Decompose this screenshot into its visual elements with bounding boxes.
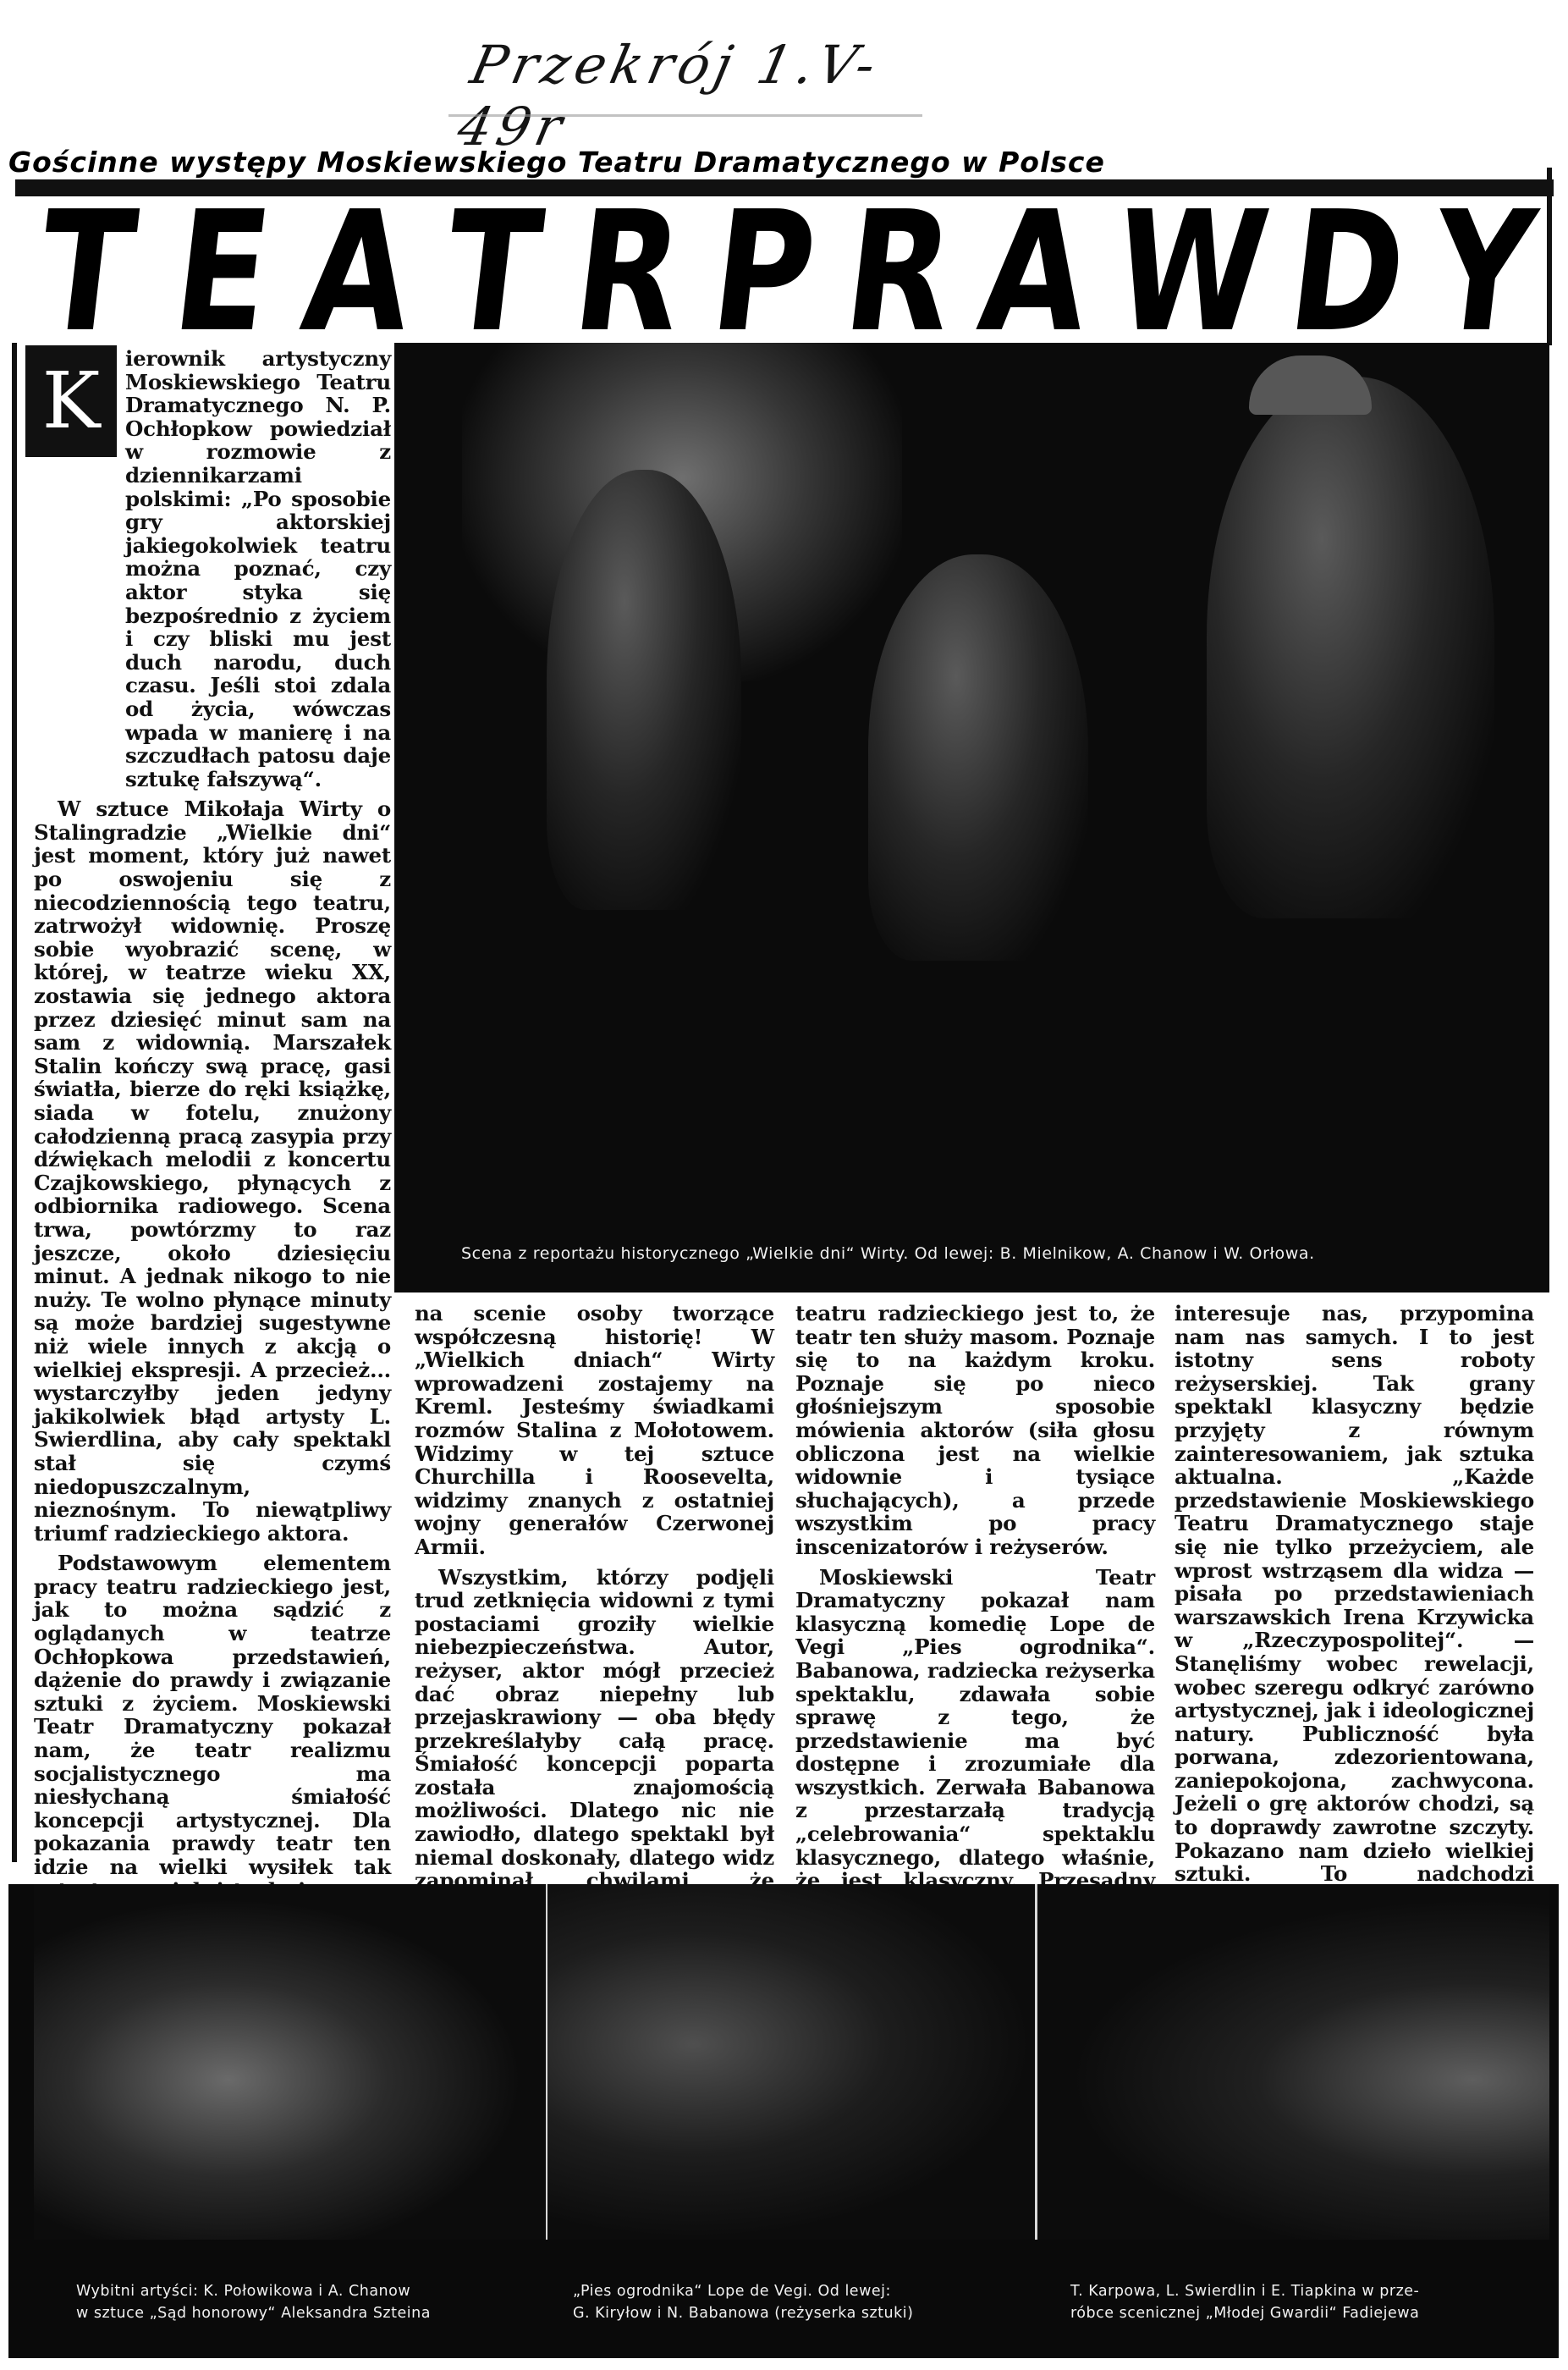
caption-line: w sztuce „Sąd honorowy“ Aleksandra Sztei…: [76, 2302, 431, 2324]
paragraph: interesuje nas, przypomina nam nas samyc…: [1175, 1302, 1534, 1979]
handwritten-source-note: Przekrój 1.V-49r: [460, 34, 952, 118]
paragraph: W sztuce Mikołaja Wirty o Stalingradzie …: [34, 797, 391, 1545]
title-letter: Y: [1417, 203, 1544, 343]
strip-caption-2: „Pies ogrodnika“ Lope de Vegi. Od lewej:…: [573, 2280, 913, 2324]
title-letter: T: [427, 203, 554, 343]
strip-caption-1: Wybitni artyści: K. Połowikowa i A. Chan…: [76, 2280, 431, 2324]
article-column-2: na scenie osoby tworzące współczesną his…: [415, 1302, 774, 1976]
paragraph: teatru radzieckiego jest to, że teatr te…: [795, 1302, 1155, 1559]
photo-strip: Wybitni artyści: K. Połowikowa i A. Chan…: [8, 1884, 1559, 2358]
caption-line: G. Kiryłow i N. Babanowa (reżyserka sztu…: [573, 2302, 913, 2324]
strip-photo-2: [547, 1884, 1034, 2240]
article-kicker: Gościnne występy Moskiewskiego Teatru Dr…: [8, 146, 1210, 179]
title-letter: D: [1282, 203, 1409, 343]
left-column-rule: [12, 343, 17, 1862]
photo-figure-right: [1207, 377, 1494, 918]
paragraph: ierownik artystyczny Moskiewskiego Teatr…: [125, 347, 391, 791]
handwritten-underline: [448, 114, 922, 117]
paragraph: na scenie osoby tworzące współczesną his…: [415, 1302, 774, 1559]
title-letter: R: [563, 203, 690, 343]
strip-caption-3: T. Karpowa, L. Swierdlin i E. Tiapkina w…: [1070, 2280, 1419, 2324]
caption-line: T. Karpowa, L. Swierdlin i E. Tiapkina w…: [1070, 2280, 1419, 2302]
title-letter: E: [157, 203, 283, 343]
title-letter: A: [292, 203, 419, 343]
strip-photo-1: [34, 1884, 546, 2240]
photo-helmet: [1249, 355, 1372, 415]
caption-line: „Pies ogrodnika“ Lope de Vegi. Od lewej:: [573, 2280, 913, 2302]
title-letter: P: [698, 203, 825, 343]
main-photo-caption: Scena z reportażu historycznego „Wielkie…: [461, 1244, 1315, 1263]
caption-line: Wybitni artyści: K. Połowikowa i A. Chan…: [76, 2280, 431, 2302]
title-letter: A: [969, 203, 1096, 343]
title-letter: W: [1108, 203, 1269, 343]
title-letter: T: [21, 203, 148, 343]
photo-figure-center: [868, 554, 1088, 961]
main-photo: [394, 343, 1549, 1292]
title-letter: R: [834, 203, 960, 343]
photo-figure-left: [547, 470, 741, 910]
caption-line: róbce scenicznej „Młodej Gwardii“ Fadiej…: [1070, 2302, 1419, 2324]
paragraph: Wszystkim, którzy podjęli trud zetknięci…: [415, 1566, 774, 1916]
article-title: T E A T R P R A W D Y: [17, 203, 1549, 343]
strip-photo-3: [1037, 1884, 1549, 2240]
